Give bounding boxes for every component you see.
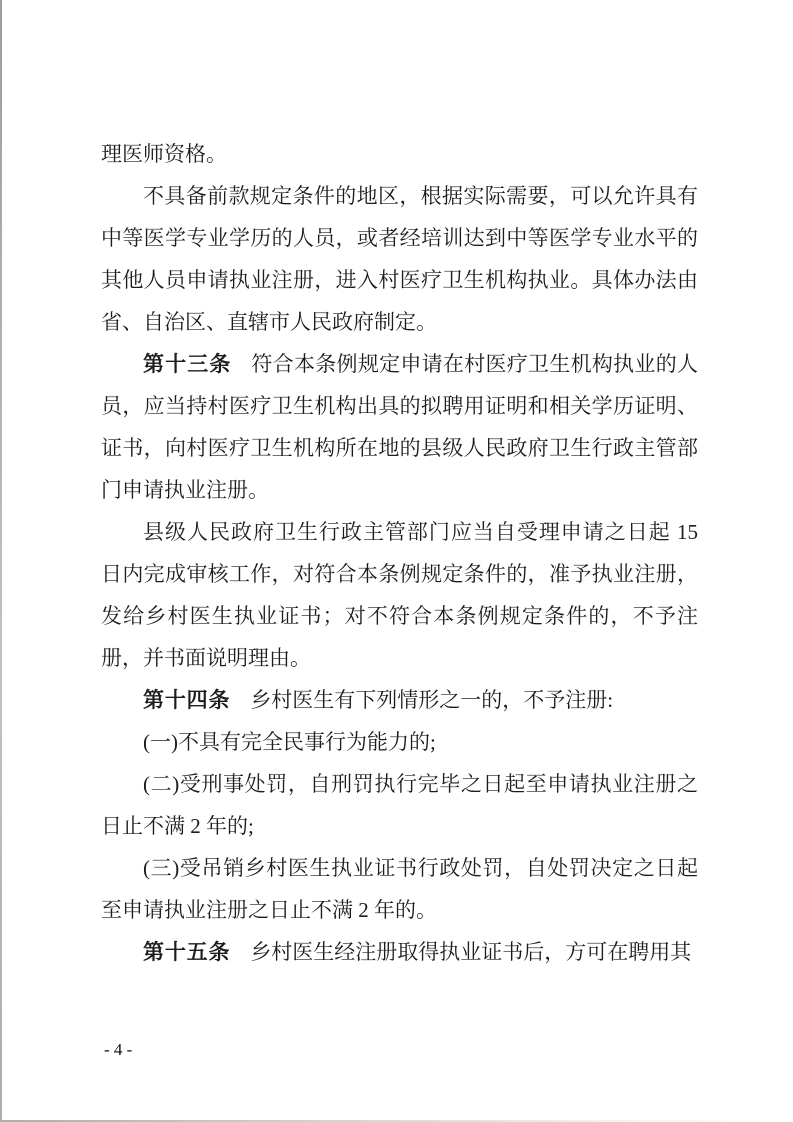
paragraph-text: 理医师资格。 xyxy=(101,142,227,166)
article-15-label: 第十五条 xyxy=(143,940,230,964)
paragraph-text: (一)不具有完全民事行为能力的; xyxy=(143,730,436,754)
paragraph-text: 县级人民政府卫生行政主管部门应当自受理申请之日起 15 日内完成审核工作，对符合… xyxy=(101,520,698,670)
paragraph-continuation: 理医师资格。 xyxy=(101,133,698,175)
paragraph-item-3: (三)受吊销乡村医生执业证书行政处罚，自处罚决定之日起至申请执业注册之日止不满 … xyxy=(101,847,698,931)
paragraph-item-1: (一)不具有完全民事行为能力的; xyxy=(101,721,698,763)
paragraph-text: 乡村医生有下列情形之一的，不予注册: xyxy=(250,688,613,712)
paragraph-body: 县级人民政府卫生行政主管部门应当自受理申请之日起 15 日内完成审核工作，对符合… xyxy=(101,511,698,679)
paragraph-article-14: 第十四条乡村医生有下列情形之一的，不予注册: xyxy=(101,679,698,721)
paragraph-text: 乡村医生经注册取得执业证书后，方可在聘用其 xyxy=(250,940,691,964)
scan-shadow-left-edge xyxy=(0,0,2,1122)
paragraph-text: (二)受刑事处罚，自刑罚执行完毕之日起至申请执业注册之日止不满 2 年的; xyxy=(101,772,698,838)
article-13-label: 第十三条 xyxy=(143,352,231,376)
paragraph-body: 不具备前款规定条件的地区，根据实际需要，可以允许具有中等医学专业学历的人员，或者… xyxy=(101,175,698,343)
paragraph-article-13: 第十三条符合本条例规定申请在村医疗卫生机构执业的人员，应当持村医疗卫生机构出具的… xyxy=(101,343,698,511)
document-text-block: 理医师资格。 不具备前款规定条件的地区，根据实际需要，可以允许具有中等医学专业学… xyxy=(101,133,698,973)
paragraph-text: 不具备前款规定条件的地区，根据实际需要，可以允许具有中等医学专业学历的人员，或者… xyxy=(101,184,698,334)
paragraph-article-15: 第十五条乡村医生经注册取得执业证书后，方可在聘用其 xyxy=(101,931,698,973)
article-14-label: 第十四条 xyxy=(143,688,230,712)
paragraph-text: (三)受吊销乡村医生执业证书行政处罚，自处罚决定之日起至申请执业注册之日止不满 … xyxy=(101,856,698,922)
page-number: - 4 - xyxy=(104,1038,132,1062)
paragraph-item-2: (二)受刑事处罚，自刑罚执行完毕之日起至申请执业注册之日止不满 2 年的; xyxy=(101,763,698,847)
